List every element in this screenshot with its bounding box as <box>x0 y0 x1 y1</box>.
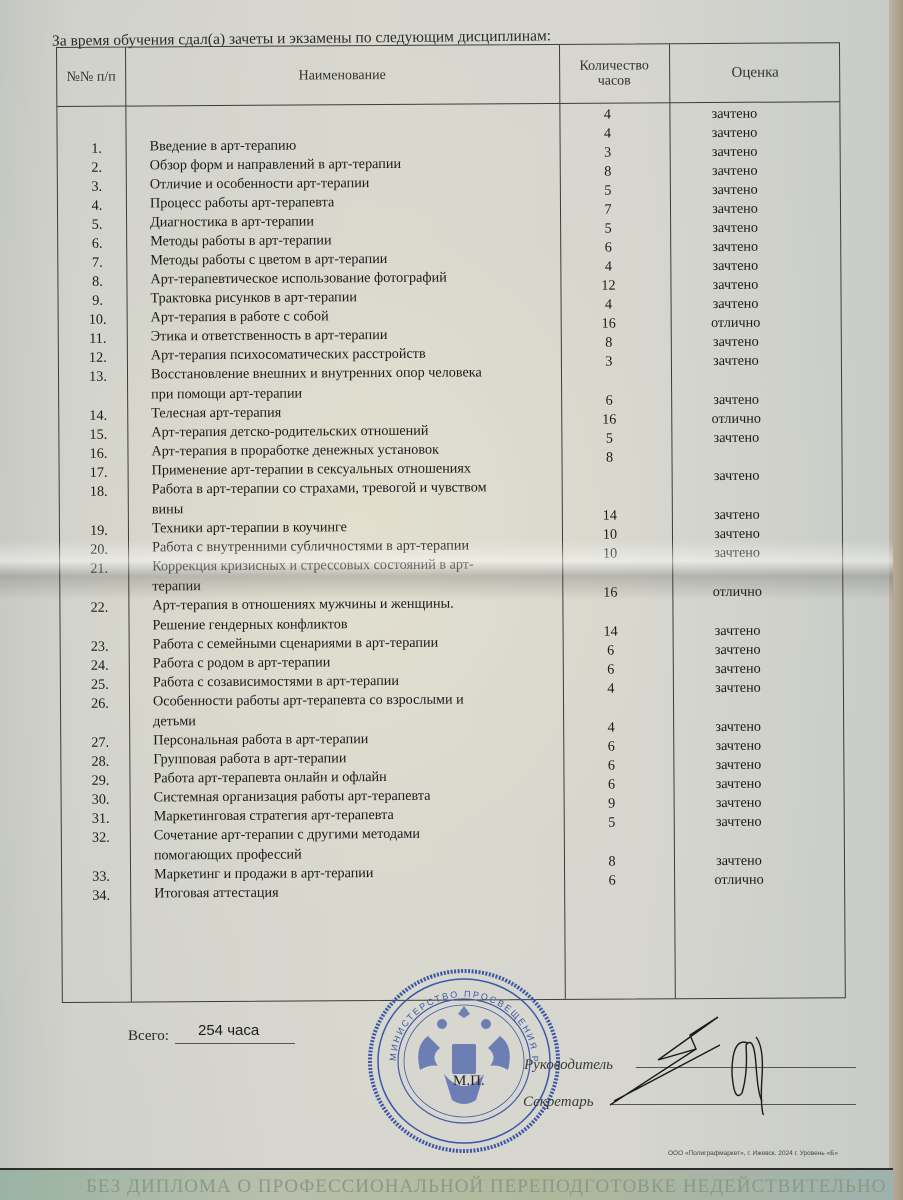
hours-value: 14 <box>580 507 640 524</box>
table-row: 32.Сочетание арт-терапии с другими метод… <box>62 813 844 838</box>
grade-value: зачтено <box>683 642 793 660</box>
grade-value <box>681 449 791 450</box>
discipline-name: Работа в арт-терапии со страхами, тревог… <box>152 479 572 499</box>
hours-value: 6 <box>579 392 639 409</box>
grade-value: зачтено <box>681 353 791 371</box>
handwritten-signature-icon <box>600 1015 780 1115</box>
row-number: 32. <box>76 830 126 847</box>
grade-value: зачтено <box>683 661 793 679</box>
hours-value: 5 <box>579 430 639 447</box>
grade-value: зачтено <box>680 201 790 219</box>
hours-value: 6 <box>578 239 638 256</box>
grade-value: зачтено <box>680 144 790 162</box>
hours-value: 6 <box>581 738 641 755</box>
total-value: 254 часа <box>198 1022 259 1039</box>
hours-value: 8 <box>579 449 639 466</box>
total-label: Всего: <box>128 1028 169 1045</box>
grade-value: зачтено <box>681 392 791 410</box>
table-row: 13.Восстановление внешних и внутренних о… <box>59 352 841 377</box>
disciplines-table: №№ п/п Наименование Количество часов Оце… <box>56 42 846 1003</box>
hours-value: 4 <box>581 719 641 736</box>
hours-value: 8 <box>578 163 638 180</box>
table-row: 22.Арт-терапия в отношениях мужчины и же… <box>60 583 842 608</box>
header-number: №№ п/п <box>57 48 125 106</box>
hours-value: 9 <box>582 795 642 812</box>
hours-value: 8 <box>582 853 642 870</box>
hours-value: 7 <box>578 201 638 218</box>
grade-value: зачтено <box>681 430 791 448</box>
hours-value: 5 <box>582 814 642 831</box>
grade-value: зачтено <box>683 776 793 794</box>
header-hours: Количество часов <box>559 44 669 103</box>
hours-value: 6 <box>581 776 641 793</box>
row-number: 26. <box>75 696 125 713</box>
discipline-name <box>149 107 569 110</box>
row-number: 13. <box>73 369 123 386</box>
grade-value: зачтено <box>684 795 794 813</box>
grade-value: зачтено <box>680 258 790 276</box>
grade-value: зачтено <box>680 182 790 200</box>
grade-value: зачтено <box>679 106 789 124</box>
hours-value: 12 <box>578 277 638 294</box>
grade-value: отлично <box>681 315 791 333</box>
hours-value: 4 <box>577 106 637 123</box>
row-number: 18. <box>74 484 124 501</box>
grade-value: зачтено <box>682 526 792 544</box>
secretary-signature-label: Секретарь <box>523 1094 594 1111</box>
hours-value: 14 <box>581 623 641 640</box>
grade-value: зачтено <box>684 853 794 871</box>
grade-value: зачтено <box>679 125 789 143</box>
seal-label: М.П. <box>453 1073 485 1090</box>
table-row: 21.Коррекция кризисных и стрессовых сост… <box>60 544 842 569</box>
grade-value: отлично <box>681 411 791 429</box>
grade-value: отлично <box>684 872 794 890</box>
grade-value: зачтено <box>681 334 791 352</box>
hours-value: 6 <box>582 872 642 889</box>
grade-value: зачтено <box>682 545 792 563</box>
hours-value: 6 <box>581 661 641 678</box>
grade-value: зачтено <box>680 163 790 181</box>
row-number: 34. <box>76 888 126 905</box>
grade-value: зачтено <box>683 680 793 698</box>
row-number: 22. <box>74 600 124 617</box>
hours-value: 16 <box>580 584 640 601</box>
hours-value: 4 <box>579 296 639 313</box>
printer-note: ООО «Полиграфмаркет», г. Ижевск. 2024 г.… <box>668 1150 838 1157</box>
table-row: 34.Итоговая аттестация6отлично <box>62 871 844 896</box>
grade-value: зачтено <box>684 814 794 832</box>
grade-value: зачтено <box>682 507 792 525</box>
discipline-name: Коррекция кризисных и стрессовых состоян… <box>152 556 572 576</box>
grade-value: зачтено <box>683 623 793 641</box>
hours-value: 3 <box>579 353 639 370</box>
discipline-name: Арт-терапия в отношениях мужчины и женщи… <box>152 595 572 615</box>
page-edge <box>889 0 903 1200</box>
grade-value: зачтено <box>683 738 793 756</box>
hours-value: 4 <box>578 258 638 275</box>
table-row: 26.Особенности работы арт-терапевта со в… <box>61 679 843 704</box>
table-row: 18.Работа в арт-терапии со страхами, тре… <box>60 467 842 492</box>
hours-value: 5 <box>578 182 638 199</box>
hours-value: 6 <box>581 642 641 659</box>
hours-value: 10 <box>580 545 640 562</box>
validity-watermark: БЕЗ ДИПЛОМА О ПРОФЕССИОНАЛЬНОЙ ПЕРЕПОДГО… <box>86 1176 886 1198</box>
grade-value: зачтено <box>683 757 793 775</box>
header-name: Наименование <box>125 45 559 106</box>
header-grade: Оценка <box>669 43 841 102</box>
discipline-name: Сочетание арт-терапии с другими методами <box>154 825 574 845</box>
discipline-name: Особенности работы арт-терапевта со взро… <box>153 691 573 711</box>
hours-value: 10 <box>580 526 640 543</box>
row-number: 21. <box>74 561 124 578</box>
grade-value: зачтено <box>680 220 790 238</box>
grade-value: зачтено <box>683 719 793 737</box>
hours-value: 8 <box>579 334 639 351</box>
hours-value: 5 <box>578 220 638 237</box>
grade-value: зачтено <box>680 277 790 295</box>
hours-value: 4 <box>577 125 637 142</box>
total-line <box>175 1043 295 1044</box>
discipline-name: Восстановление внешних и внутренних опор… <box>151 364 571 384</box>
grade-value: зачтено <box>682 468 792 486</box>
grade-value: зачтено <box>681 296 791 314</box>
grade-value: отлично <box>682 584 792 602</box>
discipline-name: Итоговая аттестация <box>154 883 574 903</box>
hours-value: 16 <box>579 315 639 332</box>
hours-value: 4 <box>581 680 641 697</box>
hours-value: 6 <box>581 757 641 774</box>
hours-value: 16 <box>579 411 639 428</box>
hours-value: 3 <box>578 144 638 161</box>
grade-value: зачтено <box>680 239 790 257</box>
